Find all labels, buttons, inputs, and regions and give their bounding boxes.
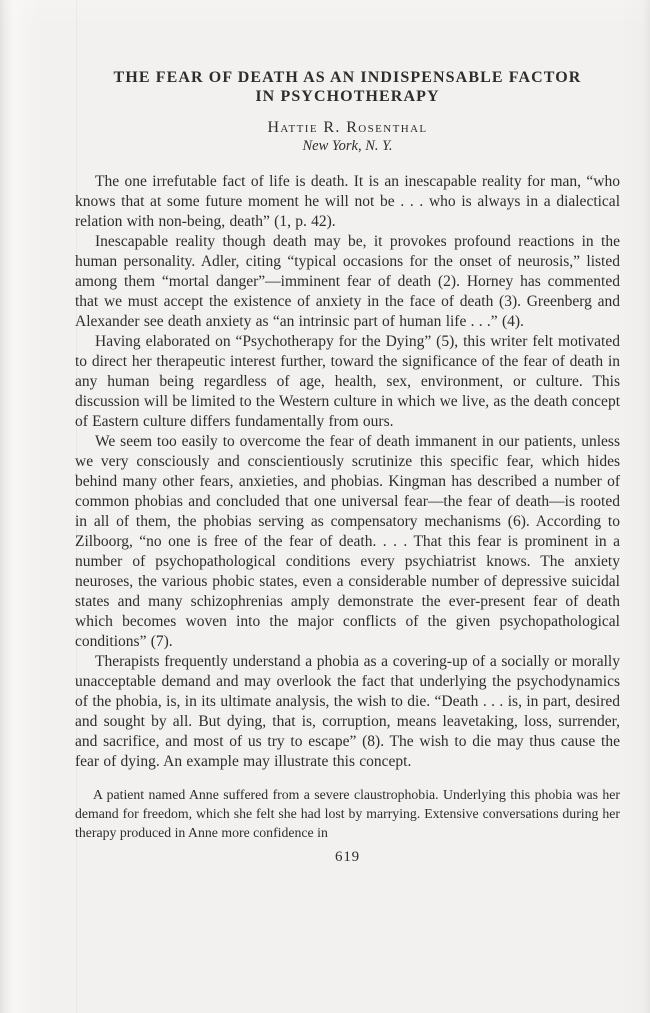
body-paragraph: The one irrefutable fact of life is deat…	[75, 172, 620, 232]
page-number: 619	[75, 849, 620, 866]
author-name: Hattie R. Rosenthal	[75, 119, 620, 137]
body-paragraph: Having elaborated on “Psychotherapy for …	[75, 332, 620, 432]
body-paragraph: Inescapable reality though death may be,…	[75, 232, 620, 332]
article-body: The one irrefutable fact of life is deat…	[75, 172, 620, 772]
case-study-paragraph: A patient named Anne suffered from a sev…	[75, 785, 620, 842]
scanned-paper-page: THE FEAR OF DEATH AS AN INDISPENSABLE FA…	[0, 0, 650, 1013]
article-title: THE FEAR OF DEATH AS AN INDISPENSABLE FA…	[109, 69, 587, 106]
page-content: THE FEAR OF DEATH AS AN INDISPENSABLE FA…	[75, 0, 620, 866]
body-paragraph: We seem too easily to overcome the fear …	[75, 432, 620, 652]
body-paragraph: Therapists frequently understand a phobi…	[75, 652, 620, 772]
author-location: New York, N. Y.	[75, 137, 620, 155]
